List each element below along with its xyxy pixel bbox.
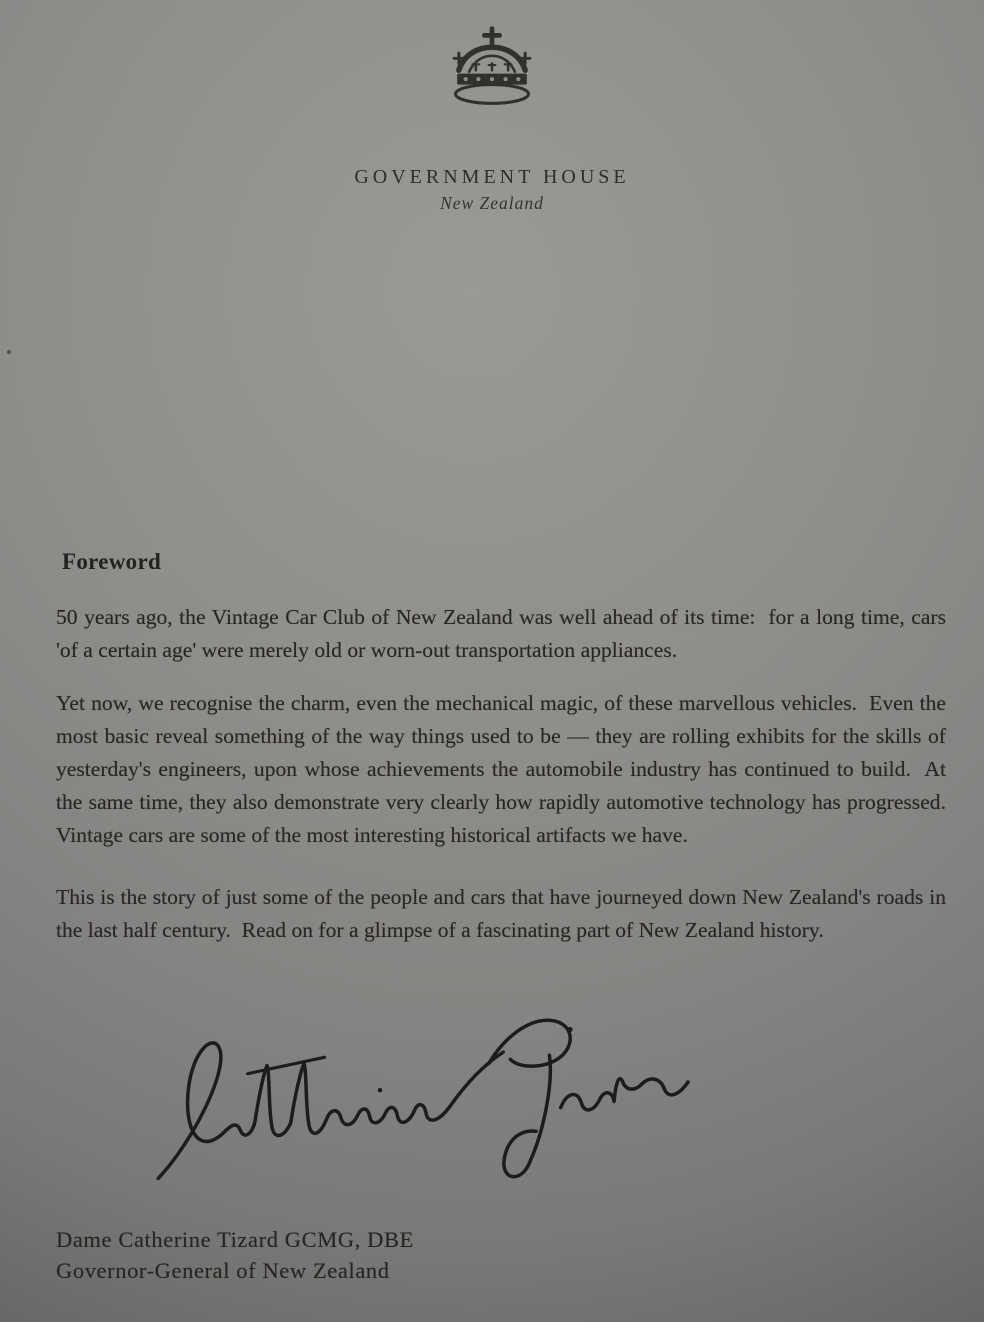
foreword-paragraph-3: This is the story of just some of the pe… bbox=[56, 881, 946, 947]
signatory-name: Dame Catherine Tizard GCMG, DBE bbox=[56, 1224, 414, 1255]
letterhead-country: New Zealand bbox=[0, 193, 984, 214]
foreword-paragraph-2: Yet now, we recognise the charm, even th… bbox=[56, 687, 946, 852]
signature-handwriting bbox=[150, 1008, 725, 1198]
foreword-heading: Foreword bbox=[62, 549, 161, 575]
page-speck bbox=[7, 350, 11, 354]
signatory-block: Dame Catherine Tizard GCMG, DBE Governor… bbox=[56, 1224, 414, 1286]
letter-page: GOVERNMENT HOUSE New Zealand Foreword 50… bbox=[0, 0, 984, 1322]
letterhead-organization: GOVERNMENT HOUSE bbox=[0, 166, 984, 189]
foreword-paragraph-1: 50 years ago, the Vintage Car Club of Ne… bbox=[56, 601, 946, 667]
royal-crown-icon bbox=[441, 26, 543, 111]
signatory-title: Governor-General of New Zealand bbox=[56, 1255, 414, 1286]
